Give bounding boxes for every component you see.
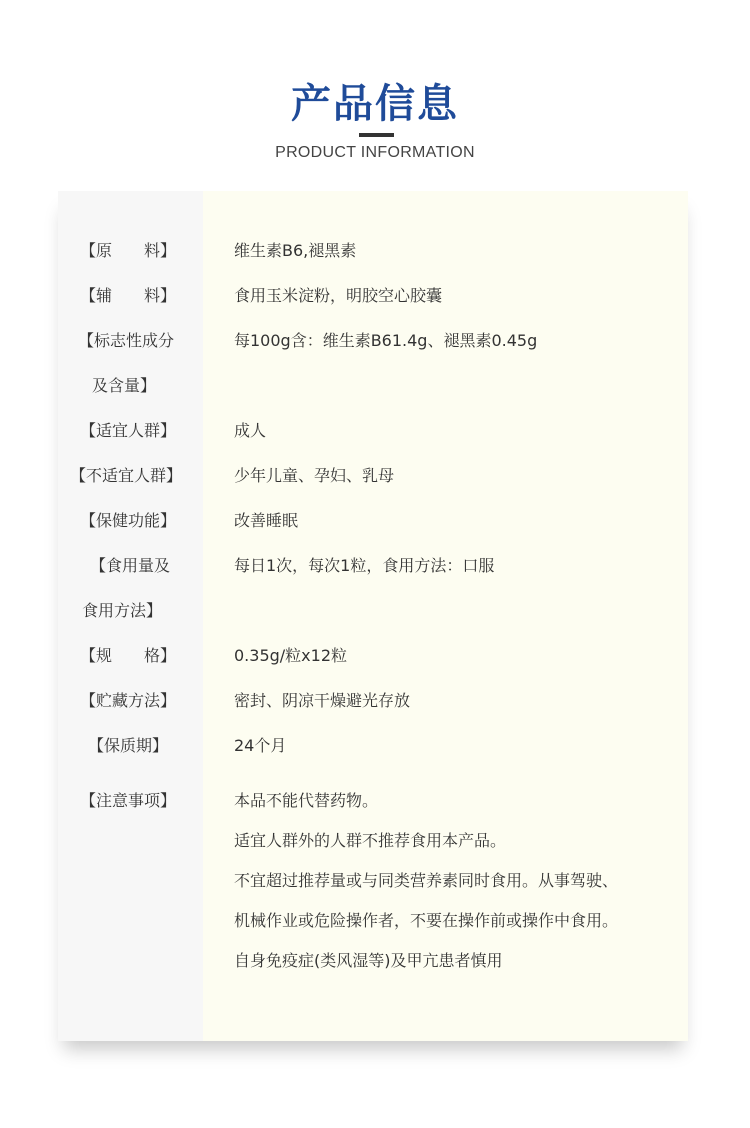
label-shelf-life: 【保质期】: [88, 735, 168, 757]
page-subtitle: PRODUCT INFORMATION: [0, 143, 750, 163]
label-dosage-line2: 食用方法】: [82, 600, 162, 622]
value-unsuitable-population: 少年儿童、孕妇、乳母: [234, 465, 394, 487]
value-excipients: 食用玉米淀粉，明胶空心胶囊: [234, 285, 442, 307]
label-unsuitable-population: 【不适宜人群】: [70, 465, 182, 487]
label-marker-ingredients-line1: 【标志性成分: [78, 330, 174, 352]
value-storage: 密封、阴凉干燥避光存放: [234, 690, 410, 712]
title-divider: [359, 133, 394, 137]
label-storage: 【贮藏方法】: [80, 690, 176, 712]
value-marker-ingredients: 每100g含：维生素B61.4g、褪黑素0.45g: [234, 330, 537, 352]
value-precautions-line2: 适宜人群外的人群不推荐食用本产品。: [234, 830, 506, 852]
value-suitable-population: 成人: [234, 420, 266, 442]
value-dosage: 每日1次，每次1粒，食用方法：口服: [234, 555, 494, 577]
value-raw-materials: 维生素B6,褪黑素: [234, 240, 356, 262]
value-health-function: 改善睡眠: [234, 510, 298, 532]
label-excipients: 【辅 料】: [80, 285, 176, 307]
value-precautions-line4: 机械作业或危险操作者，不要在操作前或操作中食用。: [234, 910, 618, 932]
label-marker-ingredients-line2: 及含量】: [92, 375, 156, 397]
label-health-function: 【保健功能】: [80, 510, 176, 532]
value-precautions-line5: 自身免疫症(类风湿等)及甲亢患者慎用: [234, 950, 503, 972]
value-precautions-line1: 本品不能代替药物。: [234, 790, 378, 812]
label-precautions: 【注意事项】: [80, 790, 176, 812]
label-raw-materials: 【原 料】: [80, 240, 176, 262]
value-shelf-life: 24个月: [234, 735, 286, 757]
page-title: 产品信息: [0, 76, 750, 132]
label-dosage-line1: 【食用量及: [90, 555, 170, 577]
label-specification: 【规 格】: [80, 645, 176, 667]
value-specification: 0.35g/粒x12粒: [234, 645, 347, 667]
label-suitable-population: 【适宜人群】: [80, 420, 176, 442]
value-precautions-line3: 不宜超过推荐量或与同类营养素同时食用。从事驾驶、: [234, 870, 618, 892]
